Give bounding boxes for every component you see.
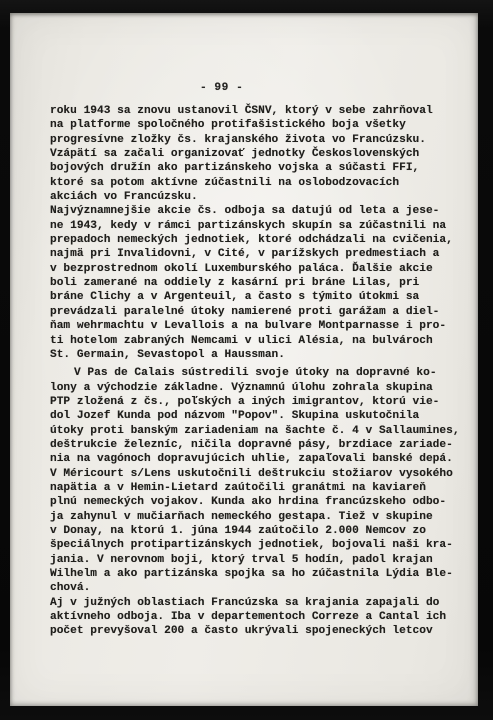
paragraph-4: Aj v južných oblastiach Francúzska sa kr…: [50, 596, 463, 639]
paragraph-3: V Pas de Calais sústredili svoje útoky n…: [50, 366, 463, 596]
scan-background-frame: - 99 - roku 1943 sa znovu ustanovil ČSNV…: [0, 0, 493, 720]
paragraph-1: roku 1943 sa znovu ustanovil ČSNV, ktorý…: [50, 104, 463, 204]
page-body-text: roku 1943 sa znovu ustanovil ČSNV, ktorý…: [50, 104, 463, 639]
page-number: - 99 -: [200, 81, 244, 95]
book-page: - 99 - roku 1943 sa znovu ustanovil ČSNV…: [10, 13, 478, 706]
paragraph-2: Najvýznamnejšie akcie čs. odboja sa datu…: [50, 204, 463, 362]
